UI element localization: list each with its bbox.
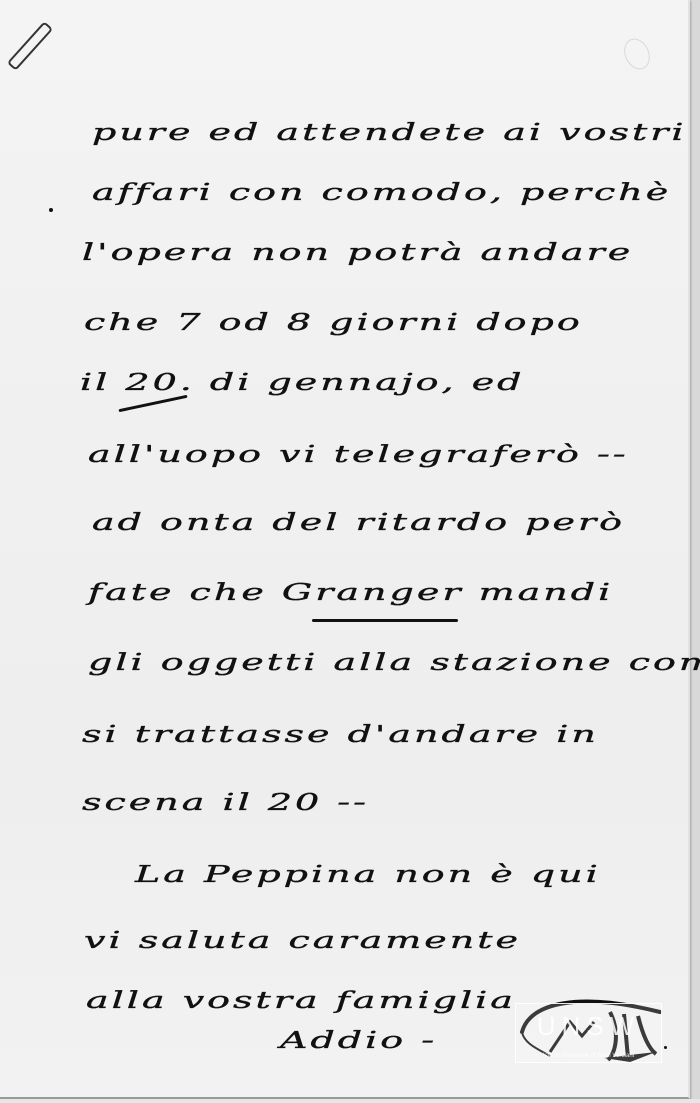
letter-line-3: l'opera non potrà andare [82, 238, 633, 265]
underline-granger [312, 619, 458, 622]
letter-line-2: affari con comodo, perchè [92, 178, 671, 205]
ink-dot [664, 1046, 667, 1049]
letter-line-6: all'uopo vi telegraferò -- [88, 440, 629, 467]
letter-line-9: gli oggetti alla stazione come [88, 648, 700, 675]
margin-dot [49, 208, 53, 212]
letter-line-11: scena il 20 -- [82, 788, 369, 815]
manuscript-page: pure ed attendete ai vostri affari con c… [0, 0, 690, 1099]
letter-line-10: si trattasse d'andare in [82, 720, 599, 747]
letter-line-8: fate che Granger mandi [88, 578, 613, 605]
watermark-text: UNSW [537, 1011, 640, 1041]
pencil-mark [619, 34, 654, 73]
letter-line-13: vi saluta caramente [84, 926, 521, 953]
watermark-caption: Istituto Nazionale di Studi Verdiani [520, 1052, 657, 1060]
letter-line-12: La Peppina non è qui [135, 860, 601, 887]
letter-line-4: che 7 od 8 giorni dopo [84, 308, 583, 335]
paperclip-icon [7, 21, 53, 71]
letter-line-5: il 20. di gennajo, ed [80, 368, 525, 395]
letter-line-15: Addio - [280, 1026, 437, 1053]
underline-20 [118, 395, 187, 412]
scan-bottom-edge [0, 1099, 700, 1103]
letter-line-7: ad onta del ritardo però [92, 508, 625, 535]
letter-line-1: pure ed attendete ai vostri [92, 118, 687, 145]
library-watermark: UNSW Istituto Nazionale di Studi Verdian… [515, 1003, 662, 1063]
letter-line-14: alla vostra famiglia [86, 986, 516, 1013]
